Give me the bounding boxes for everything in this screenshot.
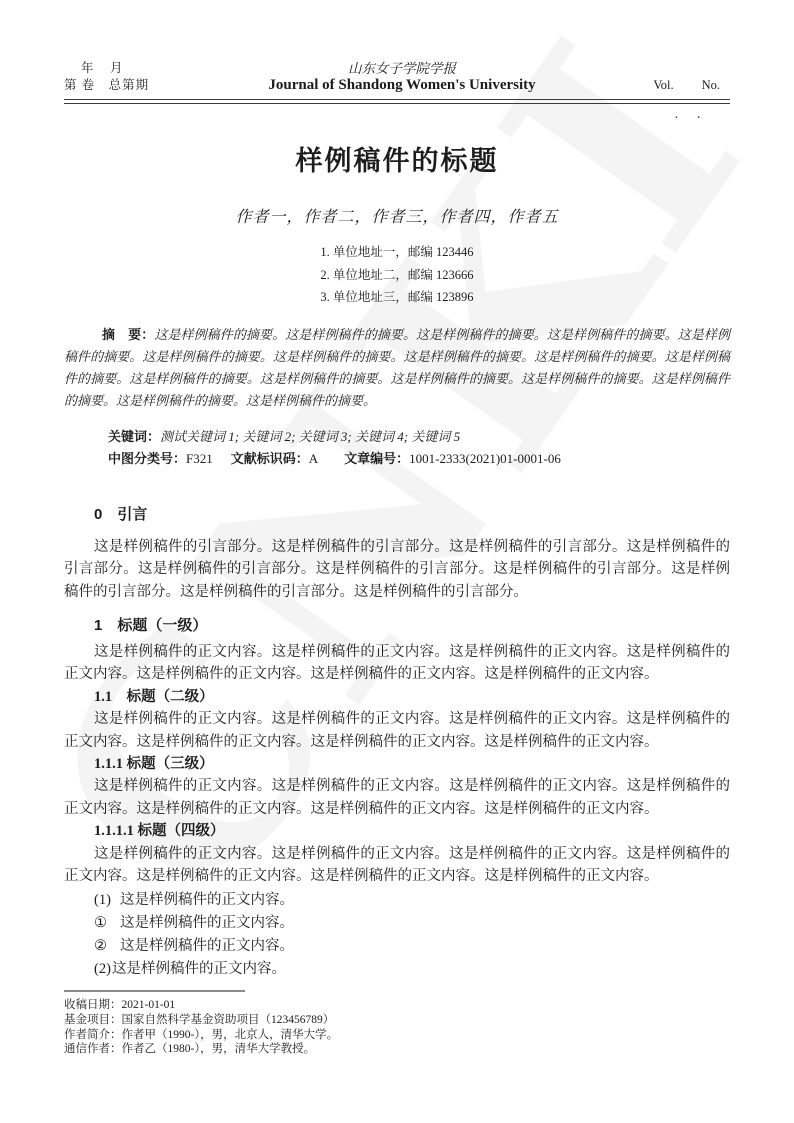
keywords-label: 关键词：: [108, 429, 160, 444]
list-text: 这是样例稿件的正文内容。: [120, 892, 294, 908]
affiliation-item: 3. 单位地址三，邮编 123896: [320, 286, 473, 309]
article-id-label: 文章编号：: [344, 451, 409, 466]
clc-value: F321: [186, 451, 213, 466]
abstract-text: 这是样例稿件的摘要。这是样例稿件的摘要。这是样例稿件的摘要。这是样例稿件的摘要。…: [64, 327, 730, 409]
section-heading-intro: 0 引言: [64, 504, 730, 526]
journal-name-english: Journal of Shandong Women's University: [234, 77, 570, 94]
header-volume-line: 第 卷 总第期: [64, 77, 234, 94]
header-journal-names: 山东女子学院学报 Journal of Shandong Women's Uni…: [234, 60, 570, 94]
clc-label: 中图分类号：: [108, 451, 186, 466]
section-paragraph: 这是样例稿件的正文内容。这是样例稿件的正文内容。这是样例稿件的正文内容。这是样例…: [64, 775, 730, 820]
doc-code-label: 文献标识码：: [231, 451, 309, 466]
footnote-received-date: 收稿日期：2021-01-01: [64, 998, 730, 1013]
footnote-corresponding-author: 通信作者：作者乙（1980-），男，清华大学教授。: [64, 1042, 730, 1057]
list-marker: ①: [94, 912, 120, 935]
header-date-line: 年 月: [64, 60, 234, 77]
header-vol-no: Vol. No.: [570, 77, 730, 94]
footnote-author-bio: 作者简介：作者甲（1990-），男，北京人，清华大学。: [64, 1028, 730, 1043]
section-paragraph: 这是样例稿件的正文内容。这是样例稿件的正文内容。这是样例稿件的正文内容。这是样例…: [64, 708, 730, 753]
affiliations-list: 1. 单位地址一，邮编 123446 2. 单位地址二，邮编 123666 3.…: [320, 241, 473, 309]
footnote-block: 收稿日期：2021-01-01 基金项目：国家自然科学基金资助项目（123456…: [64, 990, 730, 1057]
footnote-rule: [64, 990, 245, 992]
affiliation-item: 2. 单位地址二，邮编 123666: [320, 264, 473, 287]
affiliation-item: 1. 单位地址一，邮编 123446: [320, 241, 473, 264]
list-item: (1)这是样例稿件的正文内容。: [64, 889, 730, 912]
section-paragraph: 这是样例稿件的正文内容。这是样例稿件的正文内容。这是样例稿件的正文内容。这是样例…: [64, 641, 730, 686]
footnote-label: 基金项目：: [64, 1014, 122, 1026]
footnote-label: 收稿日期：: [64, 999, 122, 1011]
footnote-text: 国家自然科学基金资助项目（123456789）: [122, 1014, 335, 1026]
section-heading-level3: 1.1.1 标题（三级）: [64, 753, 730, 775]
list-text: 这是样例稿件的正文内容。: [120, 938, 294, 954]
list-item: ①这是样例稿件的正文内容。: [64, 912, 730, 935]
footnote-label: 作者简介：: [64, 1029, 122, 1041]
header-issue-info: 年 月 第 卷 总第期: [64, 60, 234, 94]
section-paragraph: 这是样例稿件的引言部分。这是样例稿件的引言部分。这是样例稿件的引言部分。这是样例…: [64, 536, 730, 603]
article-id-value: 1001-2333(2021)01-0001-06: [409, 451, 561, 466]
article-id-group: 文章编号：1001-2333(2021)01-0001-06: [344, 451, 561, 466]
header-double-rule: [64, 99, 730, 104]
running-header: 年 月 第 卷 总第期 山东女子学院学报 Journal of Shandong…: [64, 60, 730, 94]
journal-name-chinese: 山东女子学院学报: [234, 60, 570, 77]
section-paragraph: 这是样例稿件的正文内容。这是样例稿件的正文内容。这是样例稿件的正文内容。这是样例…: [64, 843, 730, 888]
list-text: 这是样例稿件的正文内容。: [112, 961, 286, 977]
footnote-funding: 基金项目：国家自然科学基金资助项目（123456789）: [64, 1013, 730, 1028]
footnote-text: 2021-01-01: [122, 999, 176, 1011]
affiliations-block: 1. 单位地址一，邮编 123446 2. 单位地址二，邮编 123666 3.…: [64, 241, 730, 309]
page-content: 年 月 第 卷 总第期 山东女子学院学报 Journal of Shandong…: [64, 60, 730, 981]
author-list: 作者一，作者二，作者三，作者四，作者五: [64, 204, 730, 227]
list-marker: (2): [94, 958, 112, 981]
keywords-text: 测试关键词 1; 关键词 2; 关键词 3; 关键词 4; 关键词 5: [160, 429, 460, 444]
doc-code-group: 文献标识码：A: [231, 451, 318, 466]
abstract-label: 摘 要：: [102, 327, 154, 342]
keywords-line: 关键词：测试关键词 1; 关键词 2; 关键词 3; 关键词 4; 关键词 5: [64, 426, 730, 448]
abstract-paragraph: 摘 要：这是样例稿件的摘要。这是样例稿件的摘要。这是样例稿件的摘要。这是样例稿件…: [64, 324, 730, 413]
footnote-text: 作者乙（1980-），男，清华大学教授。: [122, 1043, 316, 1055]
vol-label: Vol.: [653, 77, 673, 94]
section-heading-level2: 1.1 标题（二级）: [64, 686, 730, 708]
journal-page: CNKI 年 月 第 卷 总第期 山东女子学院学报 Journal of Sha…: [0, 0, 794, 1123]
clc-group: 中图分类号：F321: [108, 451, 213, 466]
numbered-list: (1)这是样例稿件的正文内容。 ①这是样例稿件的正文内容。 ②这是样例稿件的正文…: [64, 889, 730, 981]
page-number-placeholder: · ·: [64, 111, 730, 127]
classification-line: 中图分类号：F321文献标识码：A文章编号：1001-2333(2021)01-…: [64, 448, 730, 470]
list-marker: (1): [94, 889, 120, 912]
list-marker: ②: [94, 935, 120, 958]
section-heading-level4: 1.1.1.1 标题（四级）: [64, 820, 730, 842]
no-label: No.: [702, 77, 720, 94]
footnote-text: 作者甲（1990-），男，北京人，清华大学。: [122, 1029, 339, 1041]
doc-code-value: A: [309, 451, 318, 466]
list-item: ②这是样例稿件的正文内容。: [64, 935, 730, 958]
list-item: (2)这是样例稿件的正文内容。: [64, 958, 730, 981]
footnote-label: 通信作者：: [64, 1043, 122, 1055]
article-title: 样例稿件的标题: [64, 139, 730, 178]
section-heading-level1: 1 标题（一级）: [64, 615, 730, 637]
list-text: 这是样例稿件的正文内容。: [120, 915, 294, 931]
